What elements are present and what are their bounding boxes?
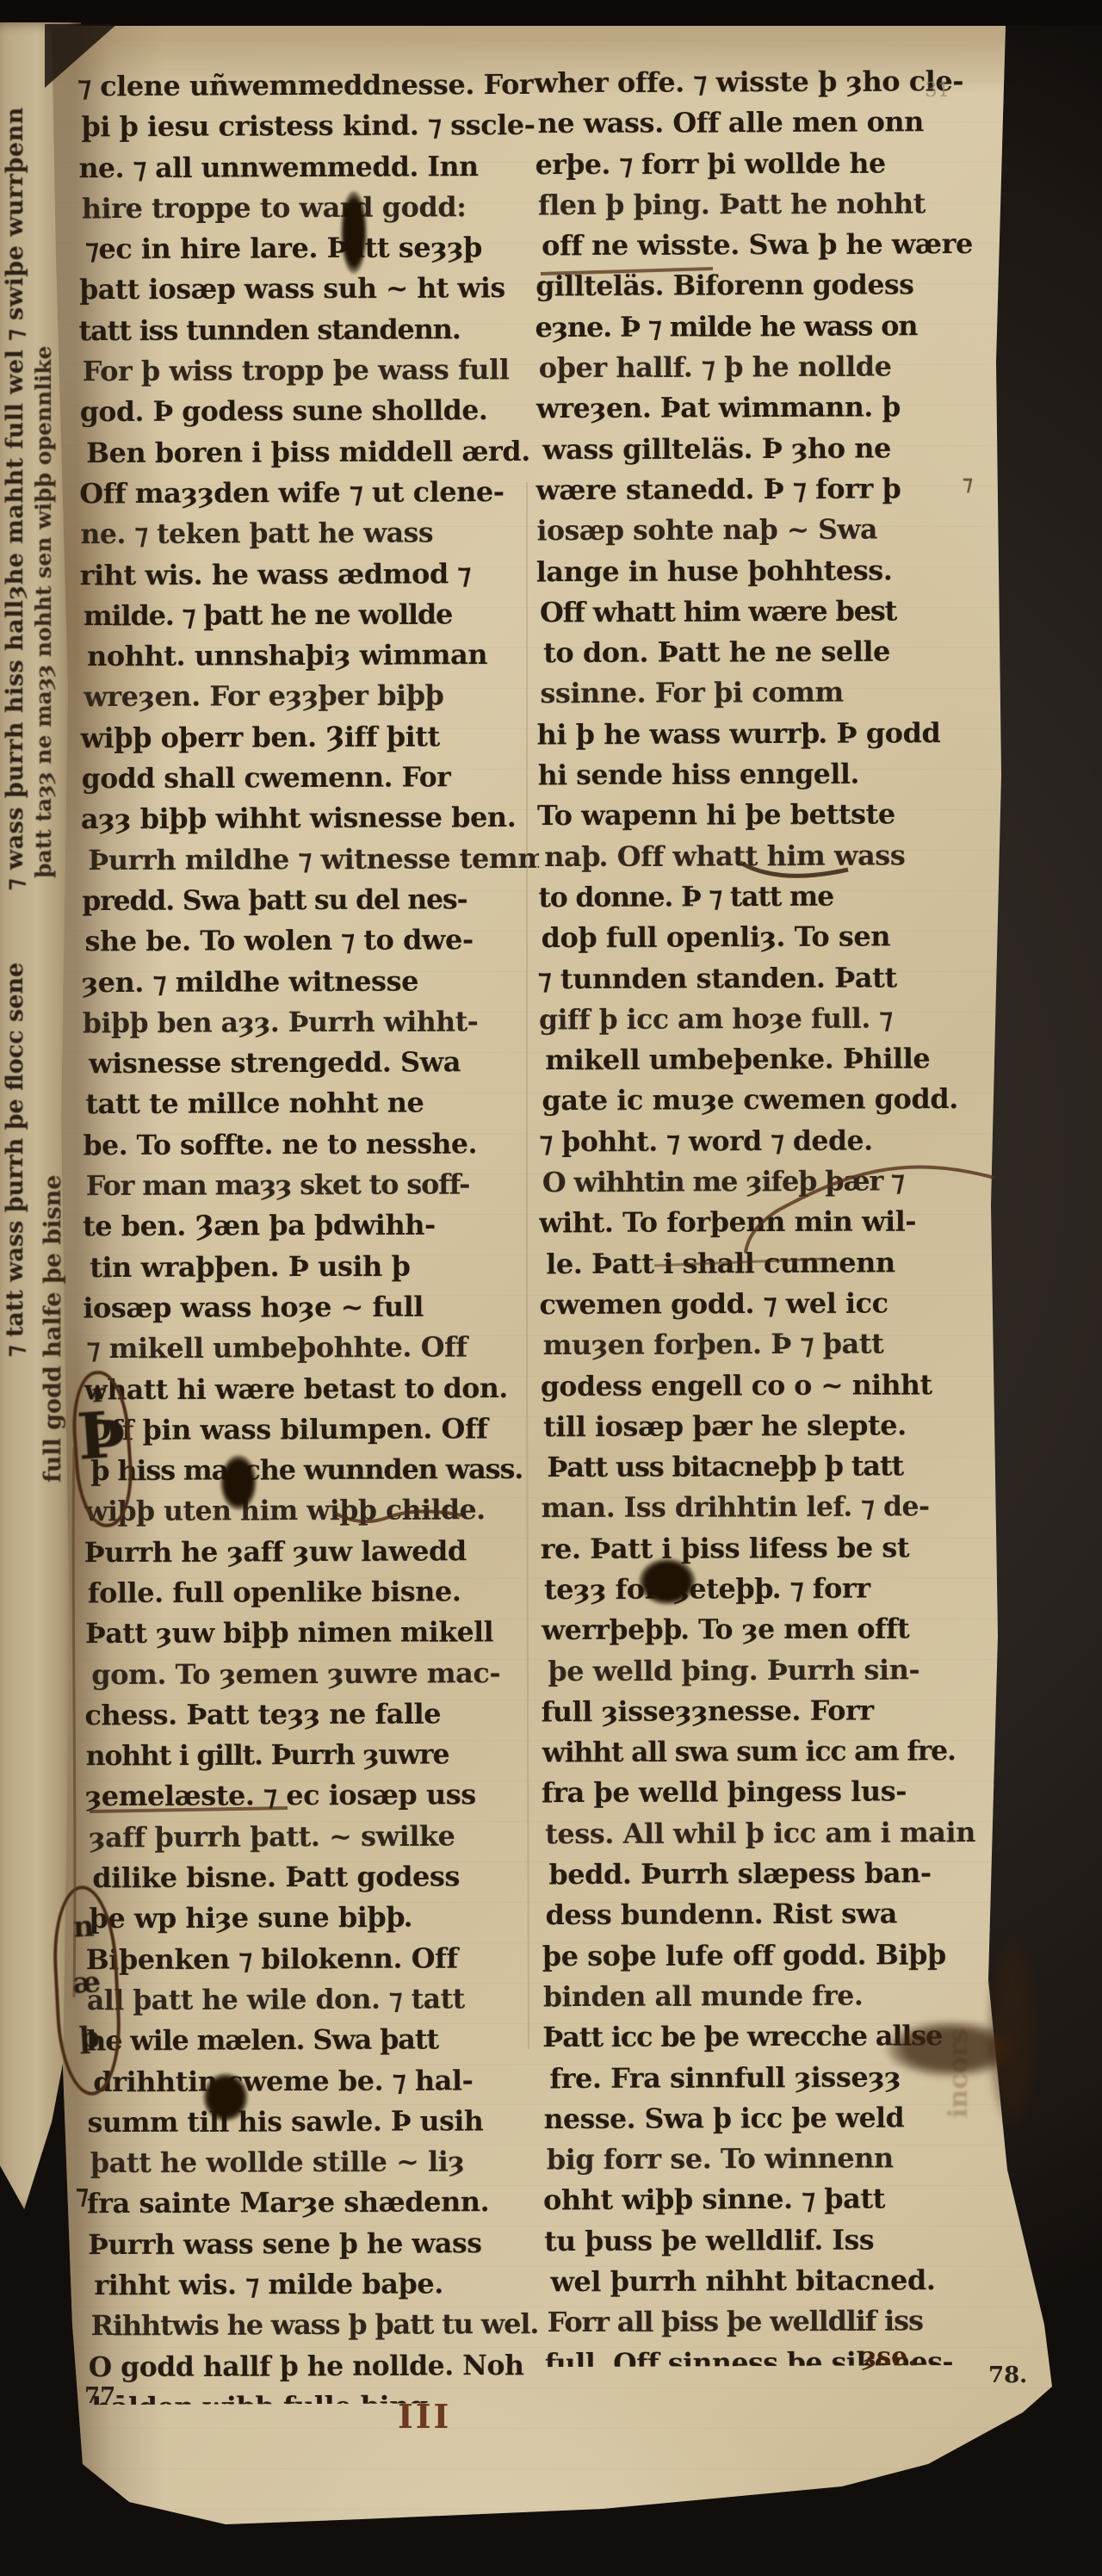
text-line: ⁊ mikell umbeþohhte. Off [86, 1327, 544, 1370]
left-margin-vertical-note: full godd halfe þe bisne [40, 914, 66, 1483]
manuscript-column-right: wher offe. ⁊ wisste þ ȝho cle-ne wass. O… [534, 61, 1002, 2367]
text-line: nesse. Swa þ icc þe weld [543, 2097, 994, 2140]
text-line: bedd. Þurrh slæpess ban- [548, 1853, 1002, 1896]
edge-stain [987, 1937, 1038, 2127]
text-line: milde. ⁊ þatt he ne wollde [84, 594, 542, 637]
text-line: halden wiþþ fulle þing. [91, 2386, 546, 2405]
text-line: man. Iss drihhtin lef. ⁊ de- [541, 1486, 992, 1529]
stub-vertical-script-1: ⁊ wass þurrh hiss hallȝhe mahht full wel… [2, 46, 28, 890]
text-line: gate ic muȝe cwemen godd. [542, 1079, 1000, 1122]
text-line: ⁊ tunnden standen. Þatt [538, 957, 996, 1000]
text-line: ȝaff þurrh þatt. ~ swilke [89, 1816, 546, 1859]
text-line: wihht all swa sum icc am fre. [542, 1731, 994, 1774]
text-line: tu þuss þe welldlif. Iss [544, 2220, 995, 2263]
right-margin-mark: ⁊ [963, 470, 973, 495]
text-line: tatt iss tunnden standenn. [78, 309, 536, 352]
ink-blot [203, 2073, 248, 2121]
ink-blot [220, 1455, 257, 1510]
text-line: hi þ he wass wurrþ. Þ godd [536, 713, 994, 756]
ink-blot [639, 1558, 696, 1605]
text-line: folle. full openlike bisne. [88, 1571, 546, 1614]
folio-number-left: 77- [84, 2383, 125, 2409]
text-line: þe wp hiȝe sune biþþ. [89, 1897, 546, 1940]
text-line: erþe. ⁊ forr þi wollde he [536, 142, 987, 185]
text-line: te ben. Ȝæn þa þdwihh- [83, 1204, 541, 1248]
text-line: doþ full openliȝ. To sen [541, 916, 999, 959]
text-line: tess. All whil þ icc am i main [545, 1812, 1002, 1855]
text-line: Þatt uss bitacneþþ þ tatt [547, 1446, 1002, 1489]
stub-vertical-script-2: þatt taȝȝ ne maȝȝ nohht sen wiþþ opennli… [31, 103, 56, 878]
text-line: Off þin wass bilumpen. Off [87, 1409, 545, 1452]
margin-tironian-note: ⁊ [76, 2180, 89, 2210]
text-line: all þatt he wile don. ⁊ tatt [87, 1978, 538, 2022]
text-line: ⁊ þohht. ⁊ word ⁊ dede. [540, 1120, 991, 1163]
text-line: fra þe welld þingess lus- [542, 1771, 1000, 1814]
text-line: ȝemelæste. ⁊ ec iosæp uss [85, 1774, 543, 1817]
text-line: lange in huse þohhtess. [536, 549, 994, 592]
text-line: ȝen. ⁊ mildhe witnesse [82, 960, 540, 1003]
text-line: nohht. unnshaþiȝ wimman [87, 635, 545, 678]
text-line: þatt he wollde stille ~ liȝ [90, 2141, 546, 2184]
text-line: Off maȝȝden wife ⁊ ut clene- [79, 472, 537, 515]
text-line: be. To soffte. ne to nesshe. [83, 1124, 534, 1167]
text-line: off ne wisste. Swa þ he wære [542, 224, 1000, 267]
text-line: ssinne. For þi comm [540, 672, 998, 715]
text-line: full ȝisseȝȝnesse. Forr [541, 1690, 999, 1733]
stub-vertical-script-3: ⁊ tatt wass þurrh þe flocc sene [2, 909, 28, 1357]
text-line: wiht. To forþenn min wil- [539, 1201, 997, 1244]
text-line: dess bundenn. Rist swa [545, 1893, 1001, 1936]
text-line: Rihhtwis he wass þ þatt tu wel. [90, 2304, 545, 2347]
catchword: ȝse. [861, 2342, 917, 2372]
quire-signature: III [398, 2397, 451, 2436]
margin-stack-letter: þ [59, 2009, 119, 2067]
text-line: ne. ⁊ teken þatt he wass [80, 512, 531, 555]
text-line: whatt hi wære betast to don. [84, 1367, 536, 1410]
text-line: cwemen godd. ⁊ wel icc [539, 1283, 997, 1326]
text-line: þatt iosæp wass suh ~ ht wis [79, 268, 530, 311]
text-line: ne wass. Off alle men onn [537, 102, 995, 145]
text-line: wiþþ oþerr ben. Ȝiff þitt [80, 716, 538, 759]
text-line: wreȝen. For eȝȝþer biþþ [84, 675, 542, 718]
text-line: Þurrh mildhe ⁊ witnesse temm- [88, 838, 546, 881]
text-line: For man maȝȝ sket to soff- [86, 1164, 544, 1207]
text-line: fra sainte Marȝe shædenn. [87, 2182, 545, 2225]
text-line: wel þurrh nihht bitacned. [550, 2260, 1002, 2303]
text-line: gom. To ȝemen ȝuwre mac- [91, 1652, 546, 1695]
text-line: rihht wis. ⁊ milde baþe. [94, 2263, 546, 2307]
text-line: predd. Swa þatt su del nes- [82, 879, 533, 922]
text-line: Þurrh he ȝaff ȝuw lawedd [84, 1531, 542, 1574]
text-line: hire troppe to ward godd: [82, 187, 540, 230]
margin-initial-large: Þ [75, 1406, 129, 1466]
text-line: wreȝen. Þat wimmann. þ [536, 387, 987, 430]
text-line: hi sende hiss enngell. [538, 753, 989, 796]
text-line: wisnesse strengedd. Swa [89, 1042, 546, 1085]
text-line: þe welld þing. Þurrh sin- [548, 1649, 1002, 1692]
text-line: godd shall cwemenn. For [82, 757, 533, 800]
text-line: ohht wiþþ sinne. ⁊ þatt [543, 2178, 1001, 2221]
text-line: she be. To wolen ⁊ to dwe- [84, 920, 542, 963]
text-line: nohht i gillt. Þurrh ȝuwre [86, 1734, 537, 1777]
text-line: mikell umbeþenke. Þhille [545, 1038, 1002, 1081]
text-line: Þurrh wass sene þ he wass [88, 2223, 539, 2266]
text-line: binden all munde fre. [543, 1975, 994, 2018]
text-line: iosæp sohte naþ ~ Swa [536, 509, 987, 552]
text-line: le. Þatt i shall cunnenn [546, 1242, 1002, 1285]
text-line: Biþenken ⁊ bilokenn. Off [86, 1937, 544, 1980]
pencil-folio-number: 31 [925, 79, 950, 102]
text-line: For þ wiss tropp þe wass full [83, 350, 541, 393]
text-line: Ben boren i þiss middell ærd. [86, 430, 544, 474]
text-line: Off whatt him wære best [540, 591, 998, 634]
text-line: Þatt ȝuw biþþ nimen mikell [85, 1612, 536, 1655]
text-line: wher offe. ⁊ wisste þ ȝho cle- [534, 61, 992, 104]
text-line: Forr all þiss þe welldlif iss [548, 2300, 1002, 2344]
text-line: to donne. Þ ⁊ tatt me [538, 876, 989, 919]
text-line: teȝȝ forrȝeteþþ. ⁊ forr [544, 1568, 1002, 1611]
text-line: godess engell co o ~ nihht [541, 1364, 992, 1407]
text-line: wass gillteläs. Þ ȝho ne [542, 427, 1000, 470]
text-line: þ hiss macche wunnden wass. [90, 1449, 546, 1492]
manuscript-column-left: ⁊ clene uñwemmeddnesse. Forþi þ iesu cri… [77, 65, 546, 2405]
text-line: aȝȝ biþþ wihht wisnesse ben. [81, 797, 539, 840]
top-shadow-strip [0, 0, 1102, 26]
text-line: þi þ iesu cristess kind. ⁊ sscle- [81, 105, 539, 148]
text-line: tin wraþþen. Þ usih þ [90, 1245, 546, 1288]
text-line: full. Off sinness þe sikenes- [545, 2341, 996, 2367]
text-line: ⁊ec in hire lare. Þatt seȝȝþ [85, 227, 543, 270]
text-line: O wihhtin me ȝifeþ þær ⁊ [542, 1161, 1000, 1204]
text-line: naþ. Off whatt him wass [544, 834, 1002, 877]
text-line: re. Þatt i þiss lifess be st [541, 1527, 999, 1570]
text-line: eȝne. Þ ⁊ milde he wass on [535, 306, 993, 349]
text-line: gillteläs. Biforenn godess [536, 264, 987, 307]
text-line: to don. Þatt he ne selle [543, 631, 1001, 674]
text-line: oþer hallf. ⁊ þ he nollde [539, 346, 997, 389]
text-line: muȝen forþen. Þ ⁊ þatt [543, 1323, 1001, 1366]
text-line: biþþ ben aȝȝ. Þurrh wihht- [83, 1001, 534, 1044]
text-line: O godd hallf þ he nollde. Noh [89, 2344, 540, 2387]
text-line: big forr se. To winnenn [547, 2138, 1002, 2181]
text-line: wære stanedd. Þ ⁊ forr þ [536, 468, 994, 511]
text-line: dilike bisne. Þatt godess [92, 1856, 546, 1899]
folio-number-right: 78. [988, 2362, 1027, 2388]
text-line: he wile mælen. Swa þatt [86, 2019, 544, 2062]
text-line: ne. ⁊ all unnwemmedd. Inn [78, 146, 529, 189]
text-line: till iosæp þær he slepte. [543, 1405, 1001, 1448]
text-line: chess. Þatt teȝȝ ne falle [84, 1694, 542, 1737]
ink-blot [341, 191, 367, 274]
text-line: tatt te millce nohht ne [85, 1082, 543, 1125]
text-line: giff þ icc am hoȝe full. ⁊ [539, 998, 990, 1041]
margin-stack-letter: æ [57, 1954, 116, 2012]
text-line: werrþeþþ. To ȝe men offt [542, 1608, 993, 1651]
text-line: ⁊ clene uñwemmeddnesse. For [77, 65, 536, 108]
text-line: iosæp wass hoȝe ~ full [83, 1286, 541, 1329]
text-line: riht wis. he wass ædmod ⁊ [80, 553, 538, 596]
right-edge-offset-inscription: incors [944, 1860, 974, 2118]
text-line: þe soþe lufe off godd. Biþþ [542, 1934, 1000, 1977]
text-line: god. Þ godess sune shollde. [80, 390, 531, 433]
text-line: To wapenn hi þe bettste [537, 794, 995, 837]
text-line: summ till his sawle. Þ usih [87, 2101, 538, 2144]
text-line: drihhtin cweme be. ⁊ hal- [93, 2059, 546, 2102]
margin-stack-letter: n [53, 1898, 113, 1956]
text-line: wiþþ uten him wiþþ childe. [84, 1489, 536, 1533]
text-line: flen þ þing. Þatt he nohht [538, 183, 996, 226]
